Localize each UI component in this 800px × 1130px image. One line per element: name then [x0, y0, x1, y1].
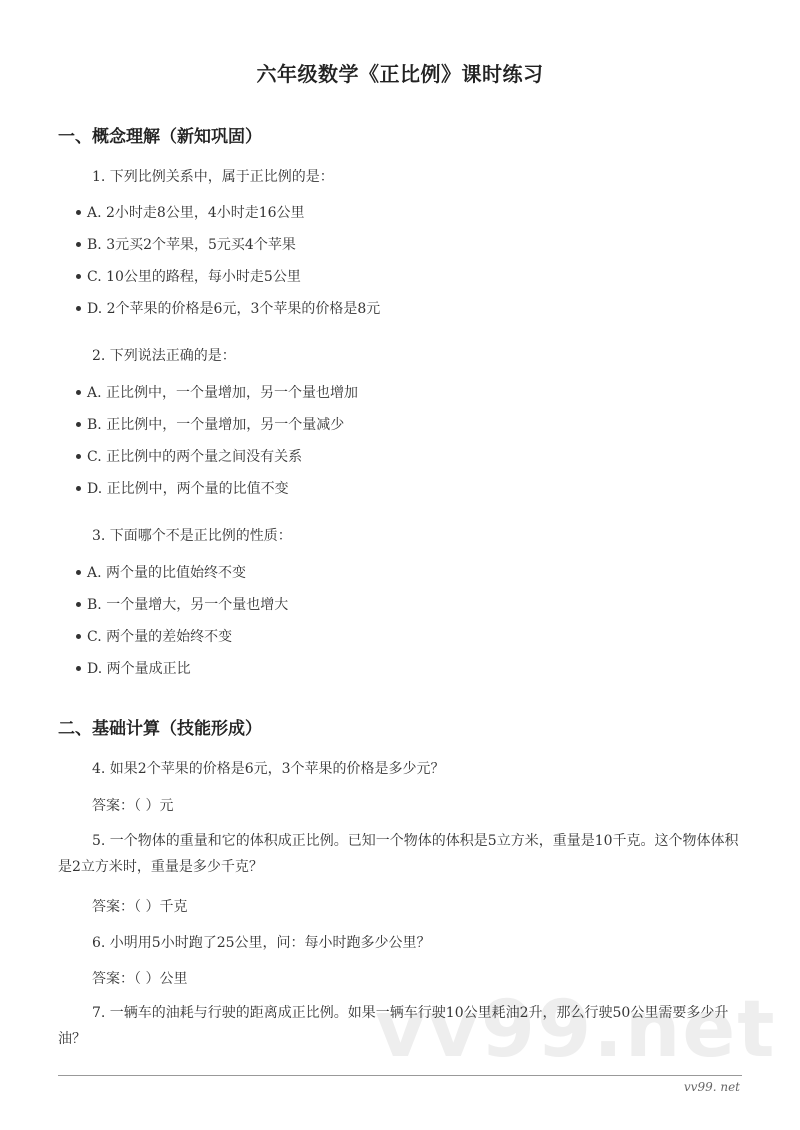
bullet-icon [76, 454, 81, 459]
option-3d: D. 两个量成正比 [76, 658, 191, 678]
bullet-icon [76, 274, 81, 279]
question-5: 5. 一个物体的重量和它的体积成正比例。已知一个物体的体积是5立方米，重量是10… [58, 828, 743, 880]
option-3a: A. 两个量的比值始终不变 [76, 562, 246, 582]
bullet-icon [76, 666, 81, 671]
option-2a: A. 正比例中，一个量增加，另一个量也增加 [76, 382, 358, 402]
bullet-icon [76, 570, 81, 575]
question-1: 1. 下列比例关系中，属于正比例的是： [92, 166, 334, 186]
bullet-icon [76, 242, 81, 247]
footer-divider [58, 1075, 742, 1076]
bullet-icon [76, 634, 81, 639]
option-1a: A. 2小时走8公里，4小时走16公里 [76, 202, 305, 222]
question-2: 2. 下列说法正确的是： [92, 345, 236, 365]
bullet-icon [76, 602, 81, 607]
option-2d: D. 正比例中，两个量的比值不变 [76, 478, 289, 498]
option-3c: C. 两个量的差始终不变 [76, 626, 232, 646]
page-title: 六年级数学《正比例》课时练习 [0, 58, 800, 87]
bullet-icon [76, 306, 81, 311]
option-1d: D. 2个苹果的价格是6元，3个苹果的价格是8元 [76, 298, 380, 318]
question-3: 3. 下面哪个不是正比例的性质： [92, 525, 292, 545]
answer-4: 答案：（ ）元 [92, 795, 173, 815]
bullet-icon [76, 486, 81, 491]
option-1c: C. 10公里的路程，每小时走5公里 [76, 266, 301, 286]
answer-5: 答案：（ ）千克 [92, 896, 187, 916]
question-6: 6. 小明用5小时跑了25公里，问：每小时跑多少公里？ [92, 932, 431, 952]
bullet-icon [76, 390, 81, 395]
answer-6: 答案：（ ）公里 [92, 968, 187, 988]
footer-site: vv99. net [684, 1080, 740, 1094]
bullet-icon [76, 422, 81, 427]
option-2b: B. 正比例中，一个量增加，另一个量减少 [76, 414, 344, 434]
section-heading-2: 二、基础计算（技能形成） [58, 714, 262, 739]
question-7: 7. 一辆车的油耗与行驶的距离成正比例。如果一辆车行驶10公里耗油2升，那么行驶… [58, 1000, 743, 1052]
bullet-icon [76, 210, 81, 215]
question-4: 4. 如果2个苹果的价格是6元，3个苹果的价格是多少元？ [92, 758, 445, 778]
option-1b: B. 3元买2个苹果，5元买4个苹果 [76, 234, 296, 254]
section-heading-1: 一、概念理解（新知巩固） [58, 122, 262, 147]
option-2c: C. 正比例中的两个量之间没有关系 [76, 446, 302, 466]
option-3b: B. 一个量增大，另一个量也增大 [76, 594, 288, 614]
